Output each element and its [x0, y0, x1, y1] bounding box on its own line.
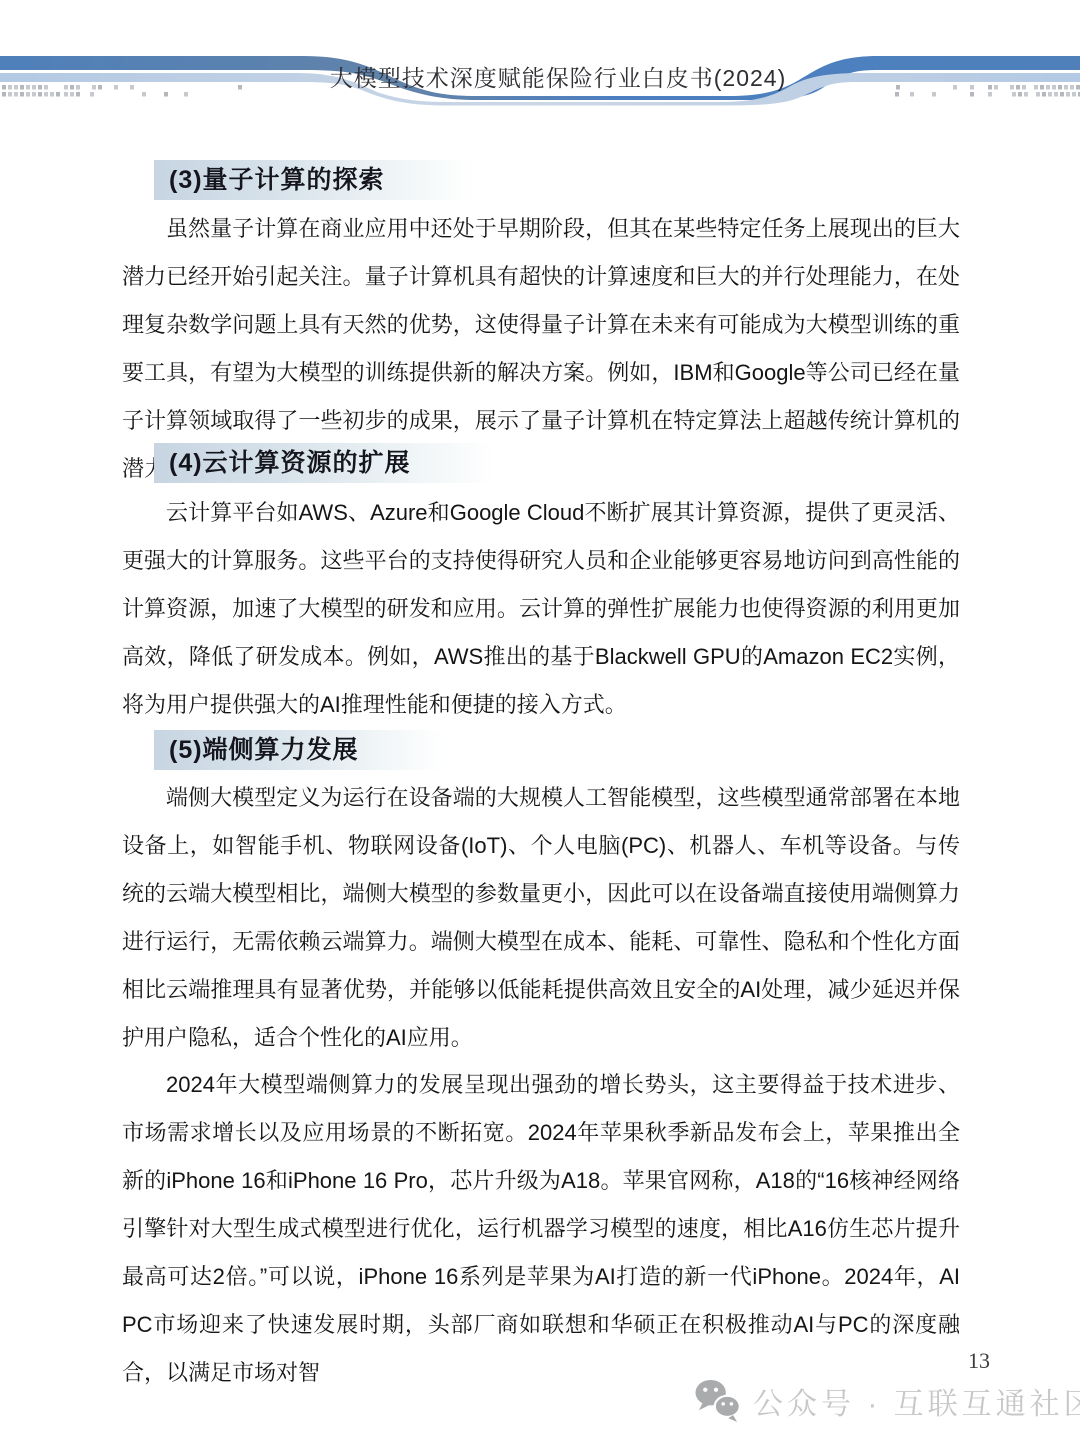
paragraph-edge-2: 2024年大模型端侧算力的发展呈现出强劲的增长势头，这主要得益于技术进步、市场需…	[122, 1061, 960, 1397]
paragraph-cloud: 云计算平台如AWS、Azure和Google Cloud不断扩展其计算资源，提供…	[122, 489, 960, 729]
wechat-icon	[694, 1378, 741, 1423]
section-heading-quantum: (3)量子计算的探索	[154, 160, 474, 200]
section-heading-cloud: (4)云计算资源的扩展	[154, 443, 494, 483]
section-heading-edge: (5)端侧算力发展	[154, 730, 444, 770]
page-number: 13	[968, 1348, 990, 1374]
watermark: 公众号 · 互联互通社区	[694, 1378, 1080, 1423]
paragraph-edge-1: 端侧大模型定义为运行在设备端的大规模人工智能模型，这些模型通常部署在本地设备上，…	[122, 774, 960, 1062]
document-header-title: 大模型技术深度赋能保险行业白皮书(2024)	[0, 60, 1080, 93]
watermark-text: 公众号 · 互联互通社区	[753, 1379, 1080, 1423]
document-page: 大模型技术深度赋能保险行业白皮书(2024) (3)量子计算的探索 虽然量子计算…	[0, 0, 1080, 1448]
